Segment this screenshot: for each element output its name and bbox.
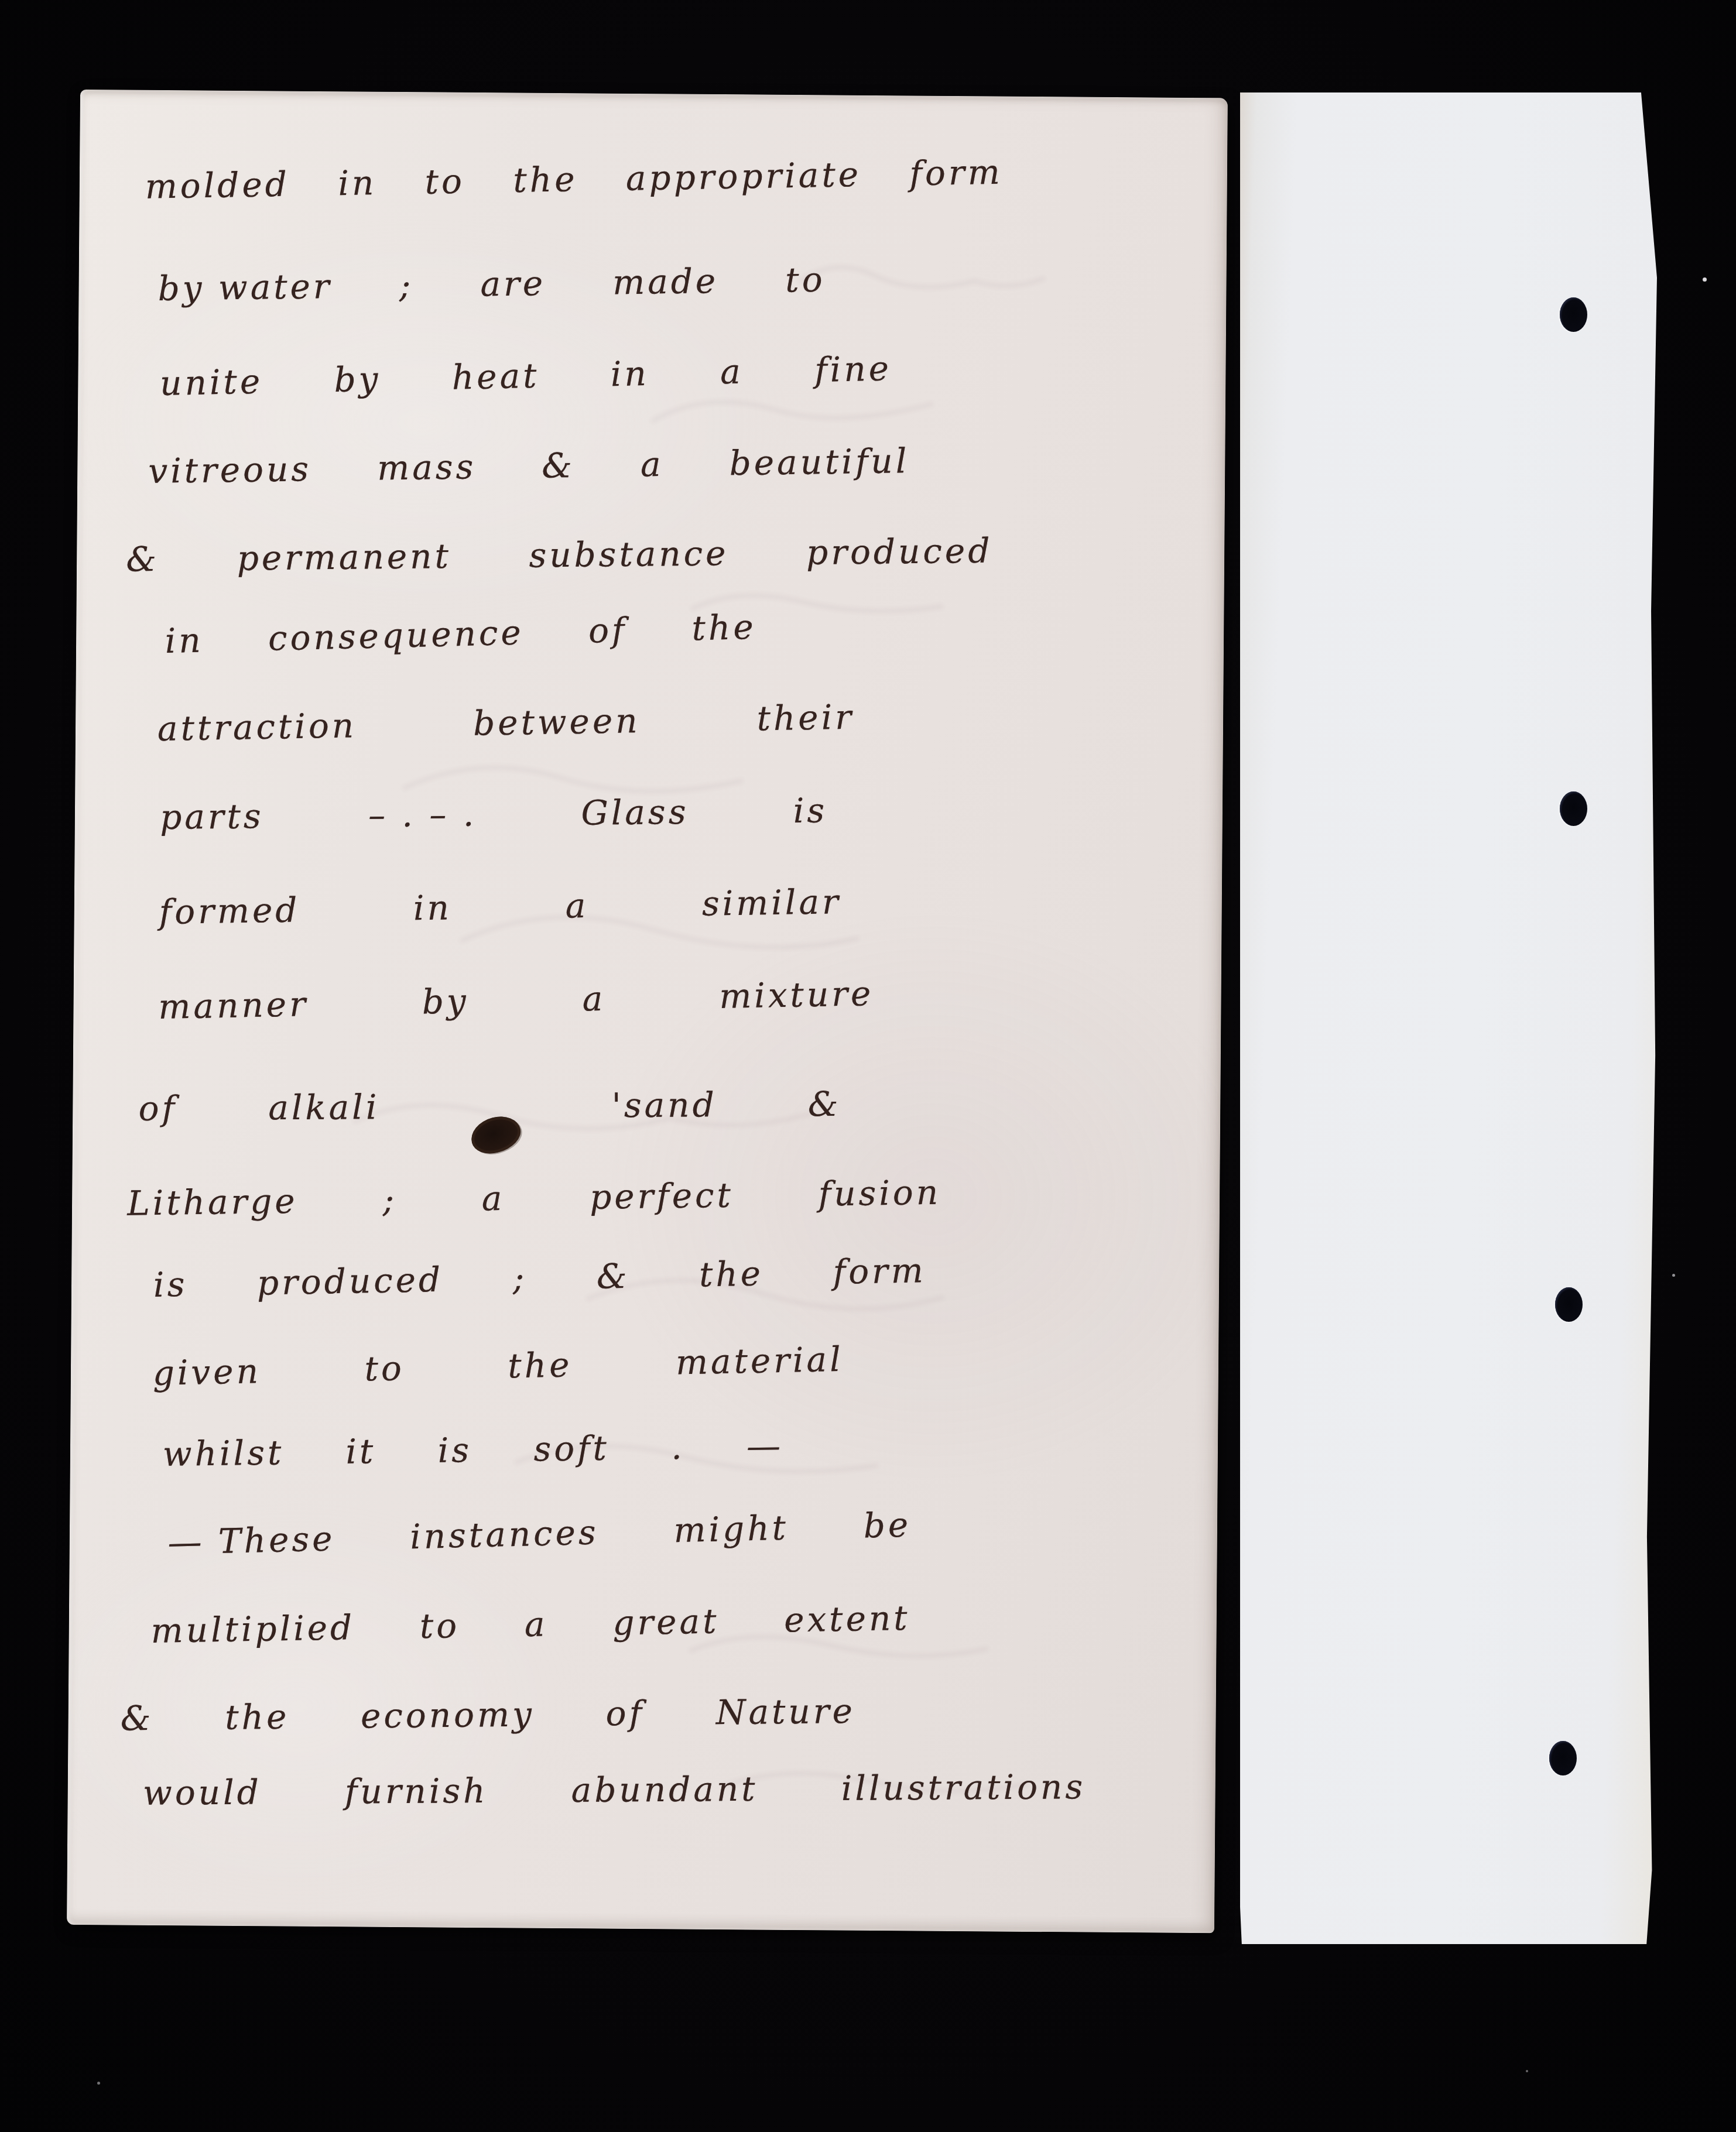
manuscript-line: moldedintotheappropriateform — [145, 152, 1004, 255]
handwritten-word: illustrations — [841, 1767, 1086, 1808]
handwritten-word: vitreous — [148, 449, 312, 491]
handwritten-word: beautiful — [729, 441, 910, 483]
handwritten-word: the — [513, 159, 578, 200]
handwritten-word: material — [675, 1339, 844, 1383]
handwritten-word: instances — [409, 1512, 599, 1557]
manuscript-line: formedinasimilar — [159, 882, 842, 980]
handwritten-word: to — [785, 259, 826, 300]
handwritten-word: is — [793, 791, 827, 831]
handwritten-word: the — [225, 1697, 290, 1737]
handwritten-word: the — [691, 607, 757, 649]
manuscript-line: vitreousmass&abeautiful — [148, 441, 910, 539]
manuscript-line: mannerbyamixture — [158, 974, 875, 1075]
handwritten-word: Nature — [715, 1691, 855, 1732]
handwritten-word: & — [542, 445, 576, 486]
handwritten-word: to — [424, 161, 465, 201]
handwritten-word: of — [605, 1694, 645, 1734]
handwritten-word: a — [565, 886, 589, 926]
manuscript-line: ofalkali'sand& — [138, 1084, 841, 1177]
handwritten-word: by — [422, 981, 469, 1022]
handwritten-word: a — [524, 1604, 548, 1644]
handwritten-word: fine — [814, 348, 892, 390]
handwritten-word: substance — [529, 533, 729, 575]
handwritten-word: 'sand — [612, 1085, 717, 1125]
handwritten-word: in — [413, 887, 452, 928]
manuscript-line: unitebyheatinafine — [159, 348, 893, 451]
handwritten-word: ; — [382, 1180, 397, 1219]
handwritten-word: similar — [701, 882, 841, 924]
handwritten-word: — These — [167, 1519, 335, 1562]
handwritten-word: of — [588, 610, 628, 651]
punch-holes — [1240, 92, 1657, 1944]
handwritten-word: mass — [377, 447, 477, 488]
handwritten-word: form — [833, 1250, 926, 1292]
handwritten-word: made — [612, 261, 719, 302]
handwritten-word: given — [152, 1351, 261, 1393]
handwritten-word: ; — [399, 265, 413, 305]
handwritten-word: soft — [533, 1428, 610, 1469]
handwritten-word: is — [437, 1430, 472, 1471]
handwritten-word: abundant — [571, 1769, 758, 1810]
punch-hole — [1560, 297, 1587, 332]
handwritten-word: formed — [159, 890, 300, 932]
handwritten-word: by water — [157, 266, 333, 309]
handwritten-word: & — [121, 1698, 154, 1739]
manuscript-line: inconsequenceofthe — [165, 607, 758, 709]
handwritten-word: unite — [159, 361, 263, 403]
handwritten-word: extent — [784, 1598, 910, 1640]
ink-blot-icon — [467, 1112, 525, 1158]
handwritten-word: to — [364, 1348, 405, 1389]
handwritten-word: appropriate — [625, 155, 861, 198]
manuscript-line: multipliedtoagreatextent — [150, 1598, 911, 1699]
manuscript-line: attractionbetweentheir — [157, 697, 855, 797]
dust-speck — [1703, 277, 1707, 282]
handwritten-word: a — [641, 444, 665, 485]
handwritten-word: – . – . — [368, 794, 477, 835]
handwritten-word: in — [610, 354, 649, 394]
handwritten-word: the — [698, 1253, 763, 1294]
handwritten-word: consequence — [268, 612, 524, 659]
handwritten-word: attraction — [157, 705, 357, 749]
dust-speck — [1672, 1274, 1675, 1277]
handwritten-word: & — [596, 1256, 630, 1297]
handwritten-word: in — [338, 163, 377, 203]
handwritten-word: in — [165, 621, 204, 661]
handwritten-word: to — [419, 1606, 460, 1646]
handwritten-word: their — [756, 697, 854, 739]
handwritten-word: furnish — [345, 1771, 488, 1812]
handwritten-word: economy — [361, 1694, 535, 1736]
manuscript-line: parts– . – .Glassis — [160, 790, 828, 885]
handwritten-word: Litharge — [127, 1181, 298, 1223]
handwritten-word: multiplied — [150, 1607, 355, 1651]
handwritten-word: would — [143, 1773, 262, 1813]
manuscript-line: wouldfurnishabundantillustrations — [143, 1767, 1086, 1861]
handwritten-word: produced — [256, 1260, 443, 1303]
handwritten-word: a — [582, 979, 606, 1019]
handwritten-word: Glass — [581, 792, 689, 833]
handwritten-word: manner — [158, 984, 309, 1027]
handwritten-word: heat — [451, 356, 540, 397]
handwritten-word: mixture — [719, 974, 874, 1016]
handwritten-word: be — [863, 1505, 912, 1546]
handwritten-word: produced — [806, 531, 993, 573]
punch-hole — [1549, 1741, 1577, 1775]
handwritten-word: form — [909, 152, 1003, 194]
handwritten-word: fusion — [818, 1173, 941, 1214]
dust-speck — [97, 2082, 100, 2085]
handwritten-word: it — [345, 1431, 376, 1472]
handwritten-word: perfect — [590, 1175, 734, 1217]
handwritten-word: between — [473, 701, 641, 743]
manuscript-line: by water;aremadeto — [157, 259, 826, 357]
handwritten-word: parts — [160, 796, 264, 837]
handwritten-word: whilst — [163, 1432, 285, 1474]
handwritten-word: the — [508, 1345, 573, 1386]
handwritten-word: — — [746, 1426, 783, 1466]
handwritten-word: alkali — [268, 1087, 379, 1127]
handwritten-word: a — [720, 352, 744, 392]
punch-hole — [1560, 791, 1587, 826]
handwritten-word: of — [138, 1088, 177, 1128]
punch-hole — [1555, 1287, 1583, 1322]
manuscript-line: isproduced;&theform — [153, 1250, 927, 1353]
manuscript-line: whilstitissoft.— — [163, 1426, 785, 1522]
handwritten-word: . — [671, 1427, 685, 1467]
handwritten-word: by — [334, 359, 381, 400]
handwritten-word: great — [612, 1601, 720, 1643]
handwritten-word: ; — [512, 1258, 528, 1298]
handwritten-word: is — [153, 1264, 188, 1305]
manuscript-line: — Theseinstancesmightbe — [167, 1505, 913, 1611]
handwritten-word: molded — [145, 164, 290, 207]
photo-backdrop: moldedintotheappropriateformby water;are… — [0, 0, 1736, 2132]
handwritten-word: a — [481, 1178, 505, 1219]
handwritten-word: & — [808, 1084, 841, 1124]
handwritten-word: might — [673, 1508, 789, 1551]
dust-speck — [1526, 2070, 1528, 2072]
handwritten-word: & — [126, 539, 159, 580]
handwritten-word: permanent — [237, 536, 451, 578]
manuscript-page: moldedintotheappropriateformby water;are… — [67, 90, 1228, 1933]
handwritten-word: are — [480, 263, 546, 304]
guard-strip — [1240, 92, 1657, 1944]
